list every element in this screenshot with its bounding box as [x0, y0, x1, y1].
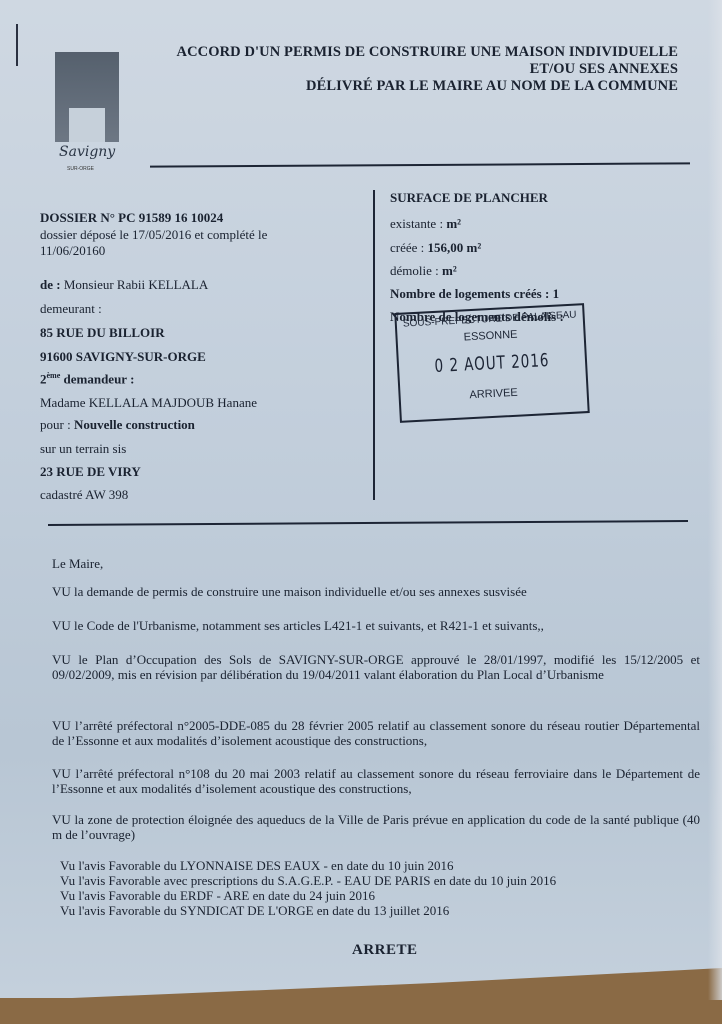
vu-item: VU la demande de permis de construire un…: [52, 584, 700, 599]
logo-notch: [69, 108, 105, 142]
decision-heading: ARRETE: [352, 942, 418, 959]
stamp-status: ARRIVEE: [400, 383, 586, 405]
avis-item: Vu l'avis Favorable du LYONNAISE DES EAU…: [60, 858, 453, 873]
terrain-address: 23 RUE DE VIRY: [40, 464, 141, 480]
demeurant-label: demeurant :: [40, 301, 102, 317]
surface-demolie: démolie : m²: [390, 263, 457, 279]
creee-label: créée :: [390, 240, 424, 255]
vu-item: VU la zone de protection éloignée des aq…: [52, 812, 700, 842]
avis-item: Vu l'avis Favorable avec prescriptions d…: [60, 873, 556, 888]
reception-stamp: SOUS-PREFECTURE DE PALAISEAU ESSONNE 0 2…: [394, 303, 589, 423]
demolie-label: démolie :: [390, 263, 439, 278]
applicant-name: Monsieur Rabii KELLALA: [64, 277, 208, 292]
logo-subtitle: SUR-ORGE: [67, 166, 94, 172]
vu-item: VU l’arrêté préfectoral n°108 du 20 mai …: [52, 766, 700, 796]
existante-label: existante :: [390, 216, 443, 231]
avis-item: Vu l'avis Favorable du ERDF - ARE en dat…: [60, 888, 375, 903]
title-line-2: ET/OU SES ANNEXES: [177, 61, 678, 78]
dossier-number: DOSSIER N° PC 91589 16 10024: [40, 210, 223, 226]
de-label: de :: [40, 277, 61, 292]
terrain-label: sur un terrain sis: [40, 441, 126, 457]
address-street: 85 RUE DU BILLOIR: [40, 325, 165, 341]
logo-text: Savigny: [59, 144, 115, 160]
second-applicant-sup: ème: [47, 371, 61, 380]
second-applicant-label: 2ème demandeur :: [40, 371, 134, 387]
demolie-value: m²: [442, 263, 457, 278]
vu-item: VU le Plan d’Occupation des Sols de SAVI…: [52, 652, 700, 682]
margin-mark: [16, 24, 18, 66]
avis-item: Vu l'avis Favorable du SYNDICAT DE L'ORG…: [60, 903, 449, 918]
address-city: 91600 SAVIGNY-SUR-ORGE: [40, 349, 206, 365]
page-edge: [708, 0, 722, 1000]
title-line-1: ACCORD D'UN PERMIS DE CONSTRUIRE UNE MAI…: [177, 44, 678, 61]
surface-creee: créée : 156,00 m²: [390, 240, 481, 256]
second-applicant-suffix: demandeur :: [60, 371, 134, 386]
existante-value: m²: [446, 216, 461, 231]
surface-existante: existante : m²: [390, 216, 461, 232]
second-applicant-name: Madame KELLALA MAJDOUB Hanane: [40, 395, 257, 411]
completion-date: 11/06/20160: [40, 243, 105, 259]
purpose-value: Nouvelle construction: [74, 417, 195, 432]
pour-label: pour :: [40, 417, 71, 432]
purpose-line: pour : Nouvelle construction: [40, 417, 195, 433]
stamp-date: 0 2 AOUT 2016: [399, 347, 586, 378]
cadastre: cadastré AW 398: [40, 487, 128, 503]
creee-value: 156,00 m²: [428, 240, 482, 255]
column-divider: [373, 190, 375, 500]
savigny-logo: Savigny SUR-ORGE: [55, 52, 119, 180]
applicant-line: de : Monsieur Rabii KELLALA: [40, 277, 208, 293]
title-line-3: DÉLIVRÉ PAR LE MAIRE AU NOM DE LA COMMUN…: [177, 78, 678, 95]
deposit-date: dossier déposé le 17/05/2016 et complété…: [40, 227, 267, 243]
logements-crees: Nombre de logements créés : 1: [390, 286, 559, 302]
salutation: Le Maire,: [52, 556, 700, 571]
document-title: ACCORD D'UN PERMIS DE CONSTRUIRE UNE MAI…: [177, 44, 678, 95]
vu-item: VU le Code de l'Urbanisme, notamment ses…: [52, 618, 700, 633]
vu-item: VU l’arrêté préfectoral n°2005-DDE-085 d…: [52, 718, 700, 748]
surface-heading: SURFACE DE PLANCHER: [390, 190, 548, 206]
